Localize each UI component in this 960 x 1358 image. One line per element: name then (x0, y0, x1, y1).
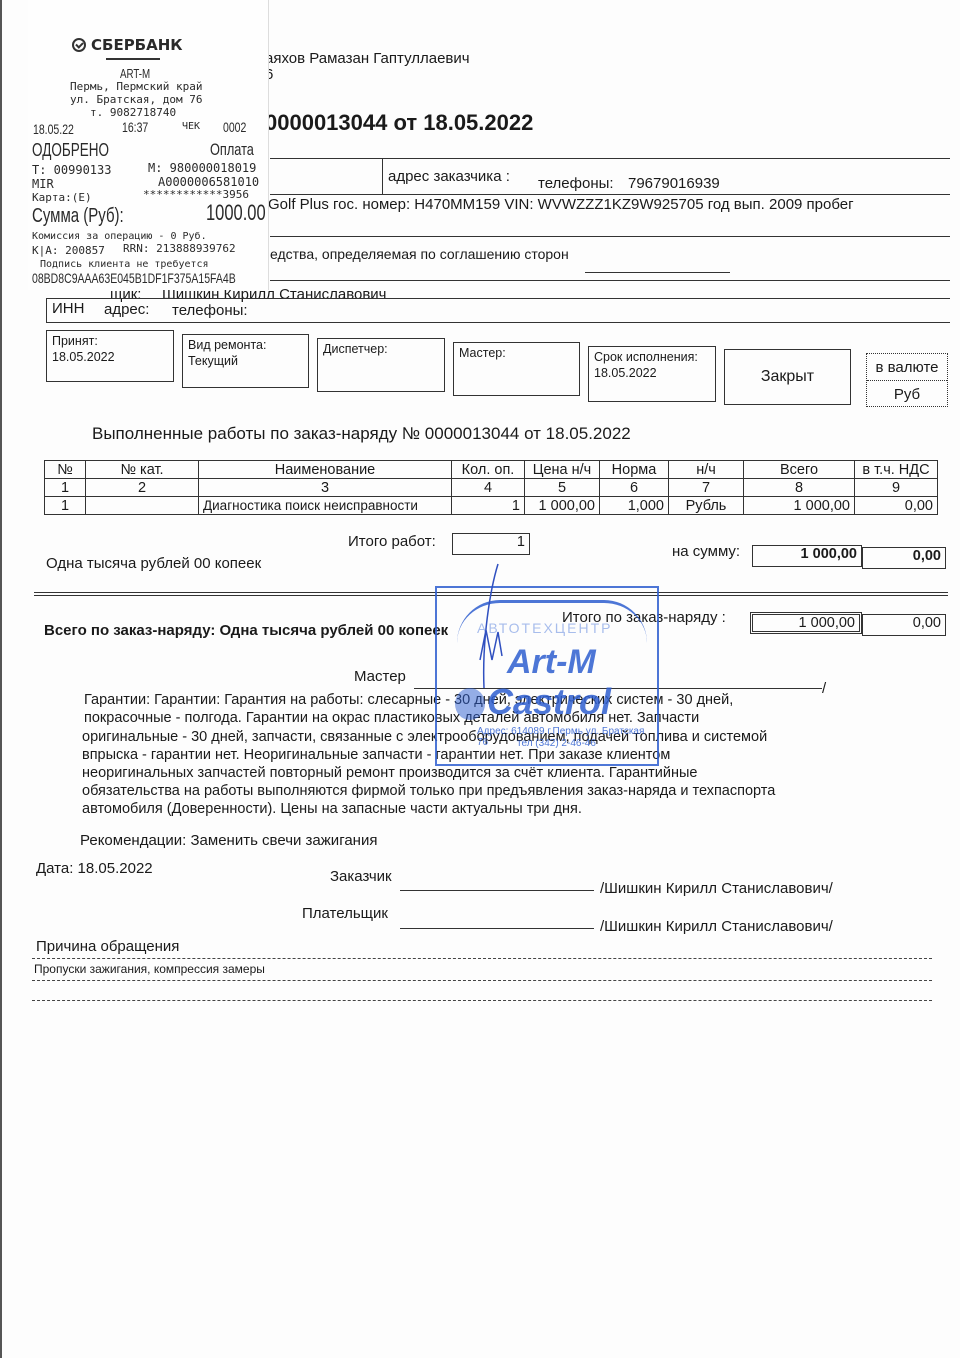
receipt-check-no: 0002 (223, 119, 246, 135)
receipt-card-label: Карта:(Е) (32, 191, 92, 204)
payer-signature-name: /Шишкин Кирилл Станиславович/ (600, 918, 833, 935)
currency-box: в валюте Руб (866, 353, 948, 407)
receipt-aid: A0000006581010 (158, 175, 259, 189)
works-table: № № кат. Наименование Кол. оп. Цена н/ч … (44, 460, 938, 515)
receipt-rrn: RRN: 213888939762 (123, 242, 236, 255)
table-column-numbers-row: 1 2 3 4 5 6 7 8 9 (45, 479, 938, 497)
sum-total: 1 000,00 (752, 545, 862, 567)
payment-receipt: СБЕРБАНК ART-M Пермь, Пермский край ул. … (28, 0, 268, 290)
page-title: 0000013044 от 18.05.2022 (265, 110, 533, 136)
reason-label: Причина обращения (36, 938, 179, 955)
order-total-words: Всего по заказ-наряду: Одна тысяча рубле… (44, 622, 448, 639)
order-total-vat: 0,00 (862, 614, 946, 636)
recommendations: Рекомендации: Заменить свечи зажигания (80, 832, 377, 849)
page-edge (0, 0, 2, 1358)
inn-label: ИНН (52, 300, 84, 317)
info-box-deadline: Срок исполнения:18.05.2022 (588, 346, 716, 402)
receipt-sum-value: 1000.00 (206, 200, 266, 226)
receipt-phone: т. 9082718740 (90, 106, 176, 119)
payer-address-label: адрес: (104, 301, 149, 318)
master-signature-label: Мастер (354, 668, 406, 685)
customer-address-label: адрес заказчика : (388, 168, 510, 185)
works-title: Выполненные работы по заказ-наряду № 000… (92, 424, 631, 444)
customer-signature-label: Заказчик (330, 868, 392, 885)
master-signature-end: / (822, 680, 826, 697)
sum-label: на сумму: (672, 543, 740, 560)
table-row: 1 Диагностика поиск неисправности 1 1 00… (45, 497, 938, 515)
info-box-master: Мастер: (453, 342, 580, 396)
currency-value: Руб (867, 381, 947, 407)
table-header-row: № № кат. Наименование Кол. оп. Цена н/ч … (45, 461, 938, 479)
info-box-dispatcher: Диспетчер: (317, 338, 445, 392)
handwritten-signature (470, 560, 530, 690)
contractor-name: аяхов Рамазан Гаптуллаевич (265, 50, 470, 67)
vehicle-line: Golf Plus гос. номер: H470MM159 VIN: WVW… (268, 196, 854, 213)
total-works-label: Итого работ: (348, 533, 436, 550)
warranty-line-7: автомобиля (Доверенности). Цены на запас… (82, 801, 582, 818)
receipt-sum-label: Сумма (Руб): (32, 205, 124, 228)
customer-phones-value: 79679016939 (628, 175, 720, 192)
warranty-line-6: обязательства на работы выполняются фирм… (82, 783, 775, 800)
castrol-logo-icon (455, 688, 485, 720)
warranty-line-5: неоригинальных запчастей повторный ремон… (82, 765, 698, 782)
sum-vat: 0,00 (862, 547, 946, 569)
customer-signature-name: /Шишкин Кирилл Станиславович/ (600, 880, 833, 897)
currency-label: в валюте (867, 354, 947, 381)
warranty-line-3: оригинальные - 30 дней, запчасти, связан… (82, 729, 767, 746)
receipt-terminal: Т: 00990133 (32, 163, 111, 177)
total-works-qty: 1 (452, 533, 530, 555)
receipt-time: 16:37 (122, 119, 148, 135)
receipt-auth-code: К|А: 200857 (32, 244, 105, 257)
receipt-check-label: ЧЕК (182, 121, 200, 132)
receipt-hash: 08BD8C9AAA63E045B1DF1F375A15FA4B (32, 270, 236, 286)
payer-phones-label: телефоны: (172, 302, 248, 319)
status-badge: Закрыт (724, 349, 851, 405)
payer-signature-label: Плательщик (302, 905, 388, 922)
info-box-accepted: Принят:18.05.2022 (46, 330, 174, 382)
amount-in-words: Одна тысяча рублей 00 копеек (46, 555, 261, 572)
order-total-value: 1 000,00 (750, 612, 862, 634)
company-stamp: АВТОТЕХЦЕНТР Art-M Castrol Адрес: 614089… (435, 586, 659, 766)
receipt-merchant-id: М: 980000018019 (148, 161, 256, 175)
receipt-card-system: MIR (32, 177, 54, 191)
reason-value: Пропуски зажигания, компрессия замеры (34, 962, 265, 976)
sberbank-logo: СБЕРБАНК (72, 36, 183, 54)
customer-phones-label: телефоны: (538, 175, 614, 192)
receipt-operation: Оплата (210, 140, 254, 160)
receipt-city: Пермь, Пермский край (70, 80, 202, 93)
sber-check-icon (72, 38, 86, 52)
receipt-date: 18.05.22 (33, 121, 74, 137)
date-line: Дата: 18.05.2022 (36, 860, 153, 877)
price-agreement-line: едства, определяемая по соглашению сторо… (270, 246, 569, 262)
receipt-merchant: ART-M (120, 66, 150, 81)
info-box-repair-type: Вид ремонта:Текущий (182, 334, 309, 388)
receipt-street: ул. Братская, дом 76 (70, 93, 202, 106)
receipt-commission: Комиссия за операцию - 0 Руб. (32, 231, 207, 242)
receipt-status: ОДОБРЕНО (32, 140, 109, 161)
receipt-signature-note: Подпись клиента не требуется (40, 259, 209, 270)
